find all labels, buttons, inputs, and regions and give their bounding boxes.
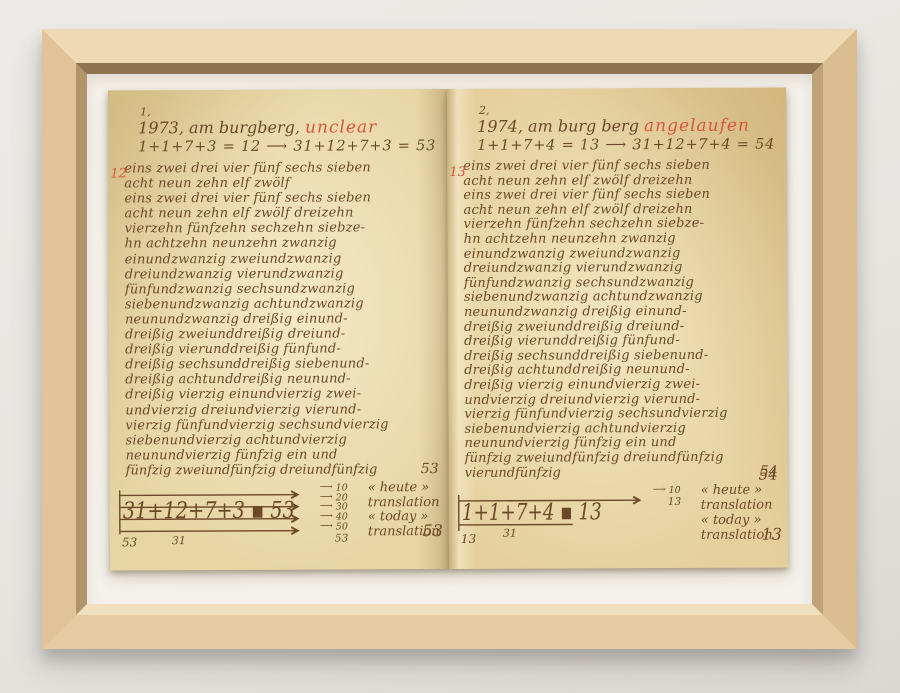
body-line: eins zwei drei vier fünf sechs sieben (124, 160, 439, 176)
body-line: vierzehn fünfzehn sechzehn siebze- (125, 220, 440, 236)
body-line: siebenundzwanzig achtundzwanzig (125, 296, 440, 312)
arrow-value: 10 (669, 486, 681, 496)
body-line: einundzwanzig zweiundzwanzig (464, 246, 779, 262)
body-line: fünfzig zweiundfünfzig dreiundfünfzig (465, 450, 780, 466)
arrow-icon: ⟶ (320, 523, 333, 533)
page-header: 2, 1974, am burg berg angelaufen 1+1+7+4… (447, 88, 786, 156)
page-right: 2, 1974, am burg berg angelaufen 1+1+7+4… (447, 88, 788, 569)
label-53: 53 (122, 535, 138, 548)
body-line: eins zwei drei vier fünf sechs sieben (124, 190, 439, 206)
body-line: fünfundzwanzig sechsundzwanzig (125, 281, 440, 297)
red-annotation: angelaufen (644, 116, 750, 136)
body-line: dreißig vierunddreißig fünfund- (125, 341, 440, 357)
gloss-column: « heute »translation« today »translation… (368, 481, 449, 541)
body-line: einundzwanzig zweiundzwanzig (125, 251, 440, 267)
red-annotation: unclear (305, 117, 377, 137)
mat-board: 1, 1973, am burgberg, unclear 1+1+7+3 = … (87, 74, 812, 604)
arrow-value: 50 (336, 523, 348, 533)
label-13: 13 (461, 532, 477, 546)
body-line: undvierzig dreiundvierzig vierund- (464, 392, 779, 408)
body-line: dreißig vierzig einundvierzig zwei- (125, 386, 440, 402)
body-line: acht neun zehn elf zwölf dreizehn (463, 202, 778, 218)
label-31: 31 (172, 534, 186, 547)
body-line: acht neun zehn elf zwölf dreizehn (124, 205, 439, 221)
body-line: vierzig fünfundvierzig sechsundvierzig (125, 417, 440, 433)
checksum-formula: 1+1+7+4 = 13 ⟶ 31+12+7+4 = 54 (477, 136, 780, 156)
arrow-icon: ⟶ (653, 487, 666, 497)
gloss-line: translation (701, 499, 788, 514)
body-text: eins zwei drei vier fünf sechs siebenach… (108, 160, 448, 463)
body-line: neunundzwanzig dreißig einund- (125, 311, 440, 327)
body-line: dreißig sechsunddreißig siebenund- (125, 356, 440, 372)
body-line: neunundvierzig fünfzig ein und (126, 447, 441, 463)
final-line: vierundfünfzig (465, 466, 561, 481)
label-31: 31 (503, 527, 517, 540)
body-line: siebenundvierzig achtundvierzig (464, 421, 779, 437)
gallery-wall: 1, 1973, am burgberg, unclear 1+1+7+3 = … (0, 0, 900, 693)
body-line: dreißig vierunddreißig fünfund- (464, 334, 779, 350)
body-line: hn achtzehn neunzehn zwanzig (125, 236, 440, 252)
manuscript-spread: 1, 1973, am burgberg, unclear 1+1+7+3 = … (108, 88, 788, 571)
gloss-line: « heute » (701, 484, 788, 499)
page-title-line: 1973, am burgberg, unclear (138, 117, 441, 138)
margin-number: 13 (449, 165, 466, 180)
arrow-value-row: ⟶ 50 (320, 522, 364, 532)
boxed-formula: 1+1+7+4 ▪ 13 (462, 500, 602, 527)
arrow-value-column: ⟶ 10 ⟶ 20 ⟶ 30 (320, 481, 364, 544)
page-sum: 54 (759, 468, 778, 483)
boxed-sum-figure: 1+1+7+4 ▪ 13 31 13 (453, 485, 649, 548)
body-line: dreißig zweiunddreißig dreiund- (125, 326, 440, 342)
line-total: 53 (421, 462, 439, 477)
body-line: hn achtzehn neunzehn zwanzig (464, 232, 779, 248)
final-line-row: fünfzig zweiundfünfzig dreiundfünfzig 53 (110, 462, 449, 478)
body-line: acht neun zehn elf zwölf dreizehn (463, 173, 778, 189)
margin-number: 12 (110, 166, 127, 181)
gloss-line: translation (368, 496, 449, 511)
gloss-line: « heute » (368, 481, 449, 496)
page-title: 1973, am burgberg, (138, 118, 300, 138)
arrow-value-column: ⟶ 10 13 (653, 484, 697, 508)
body-line: eins zwei drei vier fünf sechs sieben (463, 159, 778, 175)
final-line-row: vierundfünfzig 54 (449, 465, 788, 481)
gloss-total: 13 (762, 527, 782, 542)
sum-diagram: 31+12+7+3 ▪ 53 31 53 ⟶ 10 (110, 481, 449, 548)
body-line: dreißig sechsunddreißig siebenund- (464, 348, 779, 364)
body-line: vierzehn fünfzehn sechzehn siebze- (464, 217, 779, 233)
body-text: eins zwei drei vier fünf sechs siebenach… (447, 159, 787, 467)
page-title: 1974, am burg berg (477, 116, 639, 136)
body-line: fünfundzwanzig sechsundzwanzig (464, 275, 779, 291)
body-line: dreiundzwanzig vierundzwanzig (464, 261, 779, 277)
page-header: 1, 1973, am burgberg, unclear 1+1+7+3 = … (108, 89, 447, 157)
body-line: neunundvierzig fünfzig ein und (464, 436, 779, 452)
picture-frame: 1, 1973, am burgberg, unclear 1+1+7+3 = … (42, 29, 857, 649)
page-left: 1, 1973, am burgberg, unclear 1+1+7+3 = … (108, 89, 449, 570)
arrows-total: 13 (653, 497, 697, 508)
body-line: eins zwei drei vier fünf sechs sieben (463, 188, 778, 204)
body-line: acht neun zehn elf zwölf (124, 175, 439, 191)
body-line: undvierzig dreiundvierzig vierund- (125, 402, 440, 418)
arrow-value-row: ⟶ 10 (653, 486, 697, 496)
body-line: dreißig achtunddreißig neunund- (464, 363, 779, 379)
body-line: vierzig fünfundvierzig sechsundvierzig (464, 407, 779, 423)
gloss-total: 53 (422, 524, 442, 539)
sum-diagram: 1+1+7+4 ▪ 13 31 13 ⟶ 10 (449, 484, 788, 547)
gloss-column: 54 « heute »translation« today »translat… (701, 484, 788, 544)
body-line: dreißig vierzig einundvierzig zwei- (464, 377, 779, 393)
boxed-sum-figure: 31+12+7+3 ▪ 53 31 53 (114, 481, 316, 548)
body-line: neunundzwanzig dreißig einund- (464, 304, 779, 320)
body-line: siebenundzwanzig achtundzwanzig (464, 290, 779, 306)
boxed-formula: 31+12+7+3 ▪ 53 (123, 498, 295, 525)
checksum-formula: 1+1+7+3 = 12 ⟶ 31+12+7+3 = 53 (138, 137, 441, 157)
final-line: fünfzig zweiundfünfzig dreiundfünfzig (126, 462, 378, 478)
frame-inner-lip: 1, 1973, am burgberg, unclear 1+1+7+3 = … (76, 63, 823, 615)
body-line: dreißig zweiunddreißig dreiund- (464, 319, 779, 335)
body-line: siebenundvierzig achtundvierzig (125, 432, 440, 448)
body-line: dreiundzwanzig vierundzwanzig (125, 266, 440, 282)
arrows-total: 53 (320, 533, 364, 544)
page-title-line: 1974, am burg berg angelaufen (477, 116, 780, 137)
body-line: dreißig achtunddreißig neunund- (125, 371, 440, 387)
